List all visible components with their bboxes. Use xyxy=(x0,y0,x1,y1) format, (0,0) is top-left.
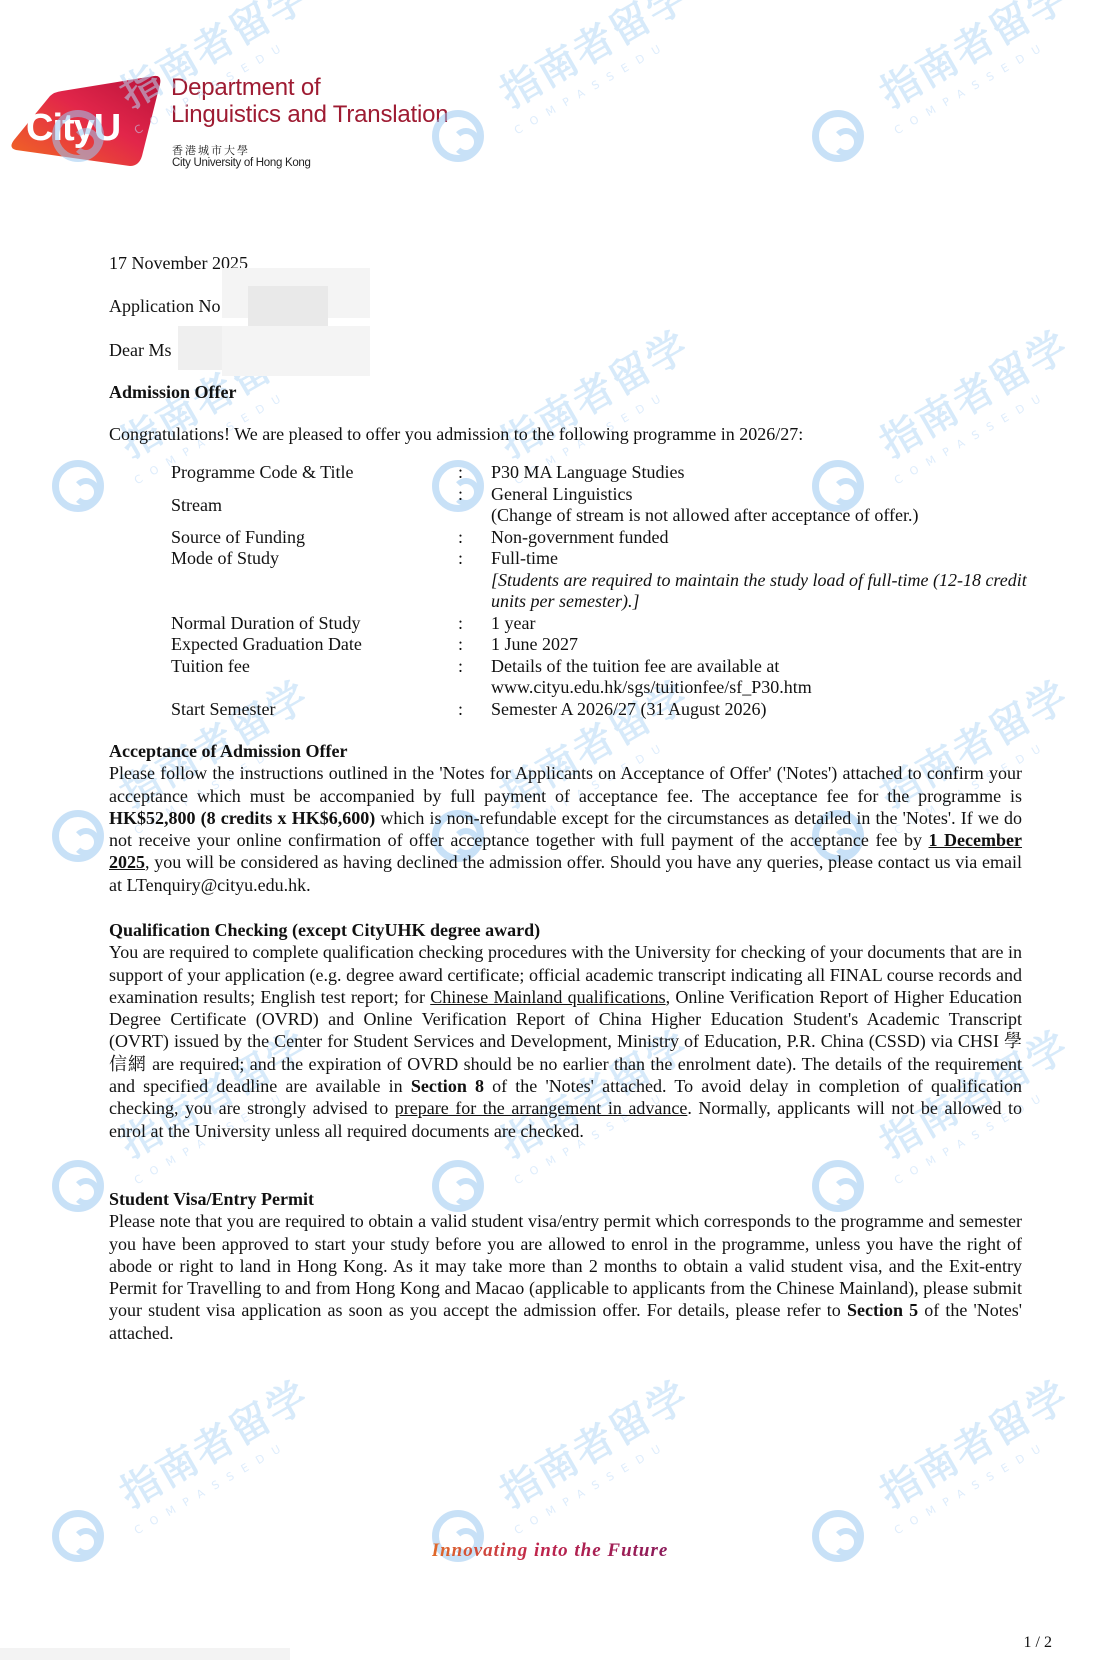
qualification-heading: Qualification Checking (except CityUHK d… xyxy=(109,919,1022,941)
tuition-fee-link[interactable]: www.cityu.edu.hk/sgs/tuitionfee/sf_P30.h… xyxy=(491,677,1031,699)
watermark-logo-icon xyxy=(52,1160,104,1212)
qualification-body: You are required to complete qualificati… xyxy=(109,941,1022,1142)
svg-text:CityU: CityU xyxy=(26,107,120,149)
bottom-shade xyxy=(0,1648,290,1660)
details-row-stream: Stream : General Linguistics (Change of … xyxy=(171,484,1031,527)
programme-details-table: Programme Code & Title : P30 MA Language… xyxy=(171,462,1031,720)
details-row-funding: Source of Funding : Non-government funde… xyxy=(171,527,1031,549)
intro-text: Congratulations! We are pleased to offer… xyxy=(109,423,803,445)
enquiry-email-link[interactable]: LTenquiry@cityu.edu.hk xyxy=(127,875,307,895)
acceptance-heading: Acceptance of Admission Offer xyxy=(109,740,1022,762)
salutation: Dear Ms xyxy=(109,339,171,361)
footer-slogan: Innovating into the Future xyxy=(0,1540,1100,1562)
details-row-graduation: Expected Graduation Date : 1 June 2027 xyxy=(171,634,1031,656)
visa-section: Student Visa/Entry Permit Please note th… xyxy=(109,1188,1022,1344)
department-name: Department of Linguistics and Translatio… xyxy=(171,74,448,128)
university-name-en: City University of Hong Kong xyxy=(172,157,311,169)
acceptance-body: Please follow the instructions outlined … xyxy=(109,762,1022,896)
offer-letter-page: CityU Department of Linguistics and Tran… xyxy=(0,0,1100,1660)
university-name-cn: 香港城市大學 xyxy=(172,142,250,158)
visa-body: Please note that you are required to obt… xyxy=(109,1210,1022,1344)
department-line2: Linguistics and Translation xyxy=(171,101,448,128)
watermark-logo-icon xyxy=(812,110,864,162)
redacted-area xyxy=(248,286,328,326)
letter-title: Admission Offer xyxy=(109,381,237,403)
department-line1: Department of xyxy=(171,74,448,101)
page-number: 1 / 2 xyxy=(1024,1634,1052,1652)
visa-heading: Student Visa/Entry Permit xyxy=(109,1188,1022,1210)
details-row-start: Start Semester : Semester A 2026/27 (31 … xyxy=(171,699,1031,721)
cityu-logo: CityU xyxy=(6,74,164,170)
watermark-logo-icon xyxy=(52,460,104,512)
application-number-label: Application No xyxy=(109,295,220,317)
details-row-programme: Programme Code & Title : P30 MA Language… xyxy=(171,462,1031,484)
chinese-mainland-qualifications-link[interactable]: Chinese Mainland qualifications xyxy=(430,987,665,1007)
prepare-arrangement-link[interactable]: prepare for the arrangement in advance xyxy=(395,1098,688,1118)
acceptance-section: Acceptance of Admission Offer Please fol… xyxy=(109,740,1022,896)
watermark: 指南者留学COMPASSEDU xyxy=(432,40,662,190)
acceptance-fee: HK$52,800 (8 credits x HK$6,600) xyxy=(109,808,375,828)
watermark: 指南者留学COMPASSEDU xyxy=(812,40,1042,190)
qualification-section: Qualification Checking (except CityUHK d… xyxy=(109,919,1022,1142)
watermark: 指南者留学COMPASSEDU xyxy=(812,1440,1042,1590)
watermark: 指南者留学COMPASSEDU xyxy=(52,1440,282,1590)
watermark-logo-icon xyxy=(52,810,104,862)
details-row-duration: Normal Duration of Study : 1 year xyxy=(171,613,1031,635)
watermark: 指南者留学COMPASSEDU xyxy=(432,1440,662,1590)
redacted-area xyxy=(222,326,370,376)
details-row-mode: Mode of Study : Full-time [Students are … xyxy=(171,548,1031,613)
details-row-tuition: Tuition fee : Details of the tuition fee… xyxy=(171,656,1031,699)
